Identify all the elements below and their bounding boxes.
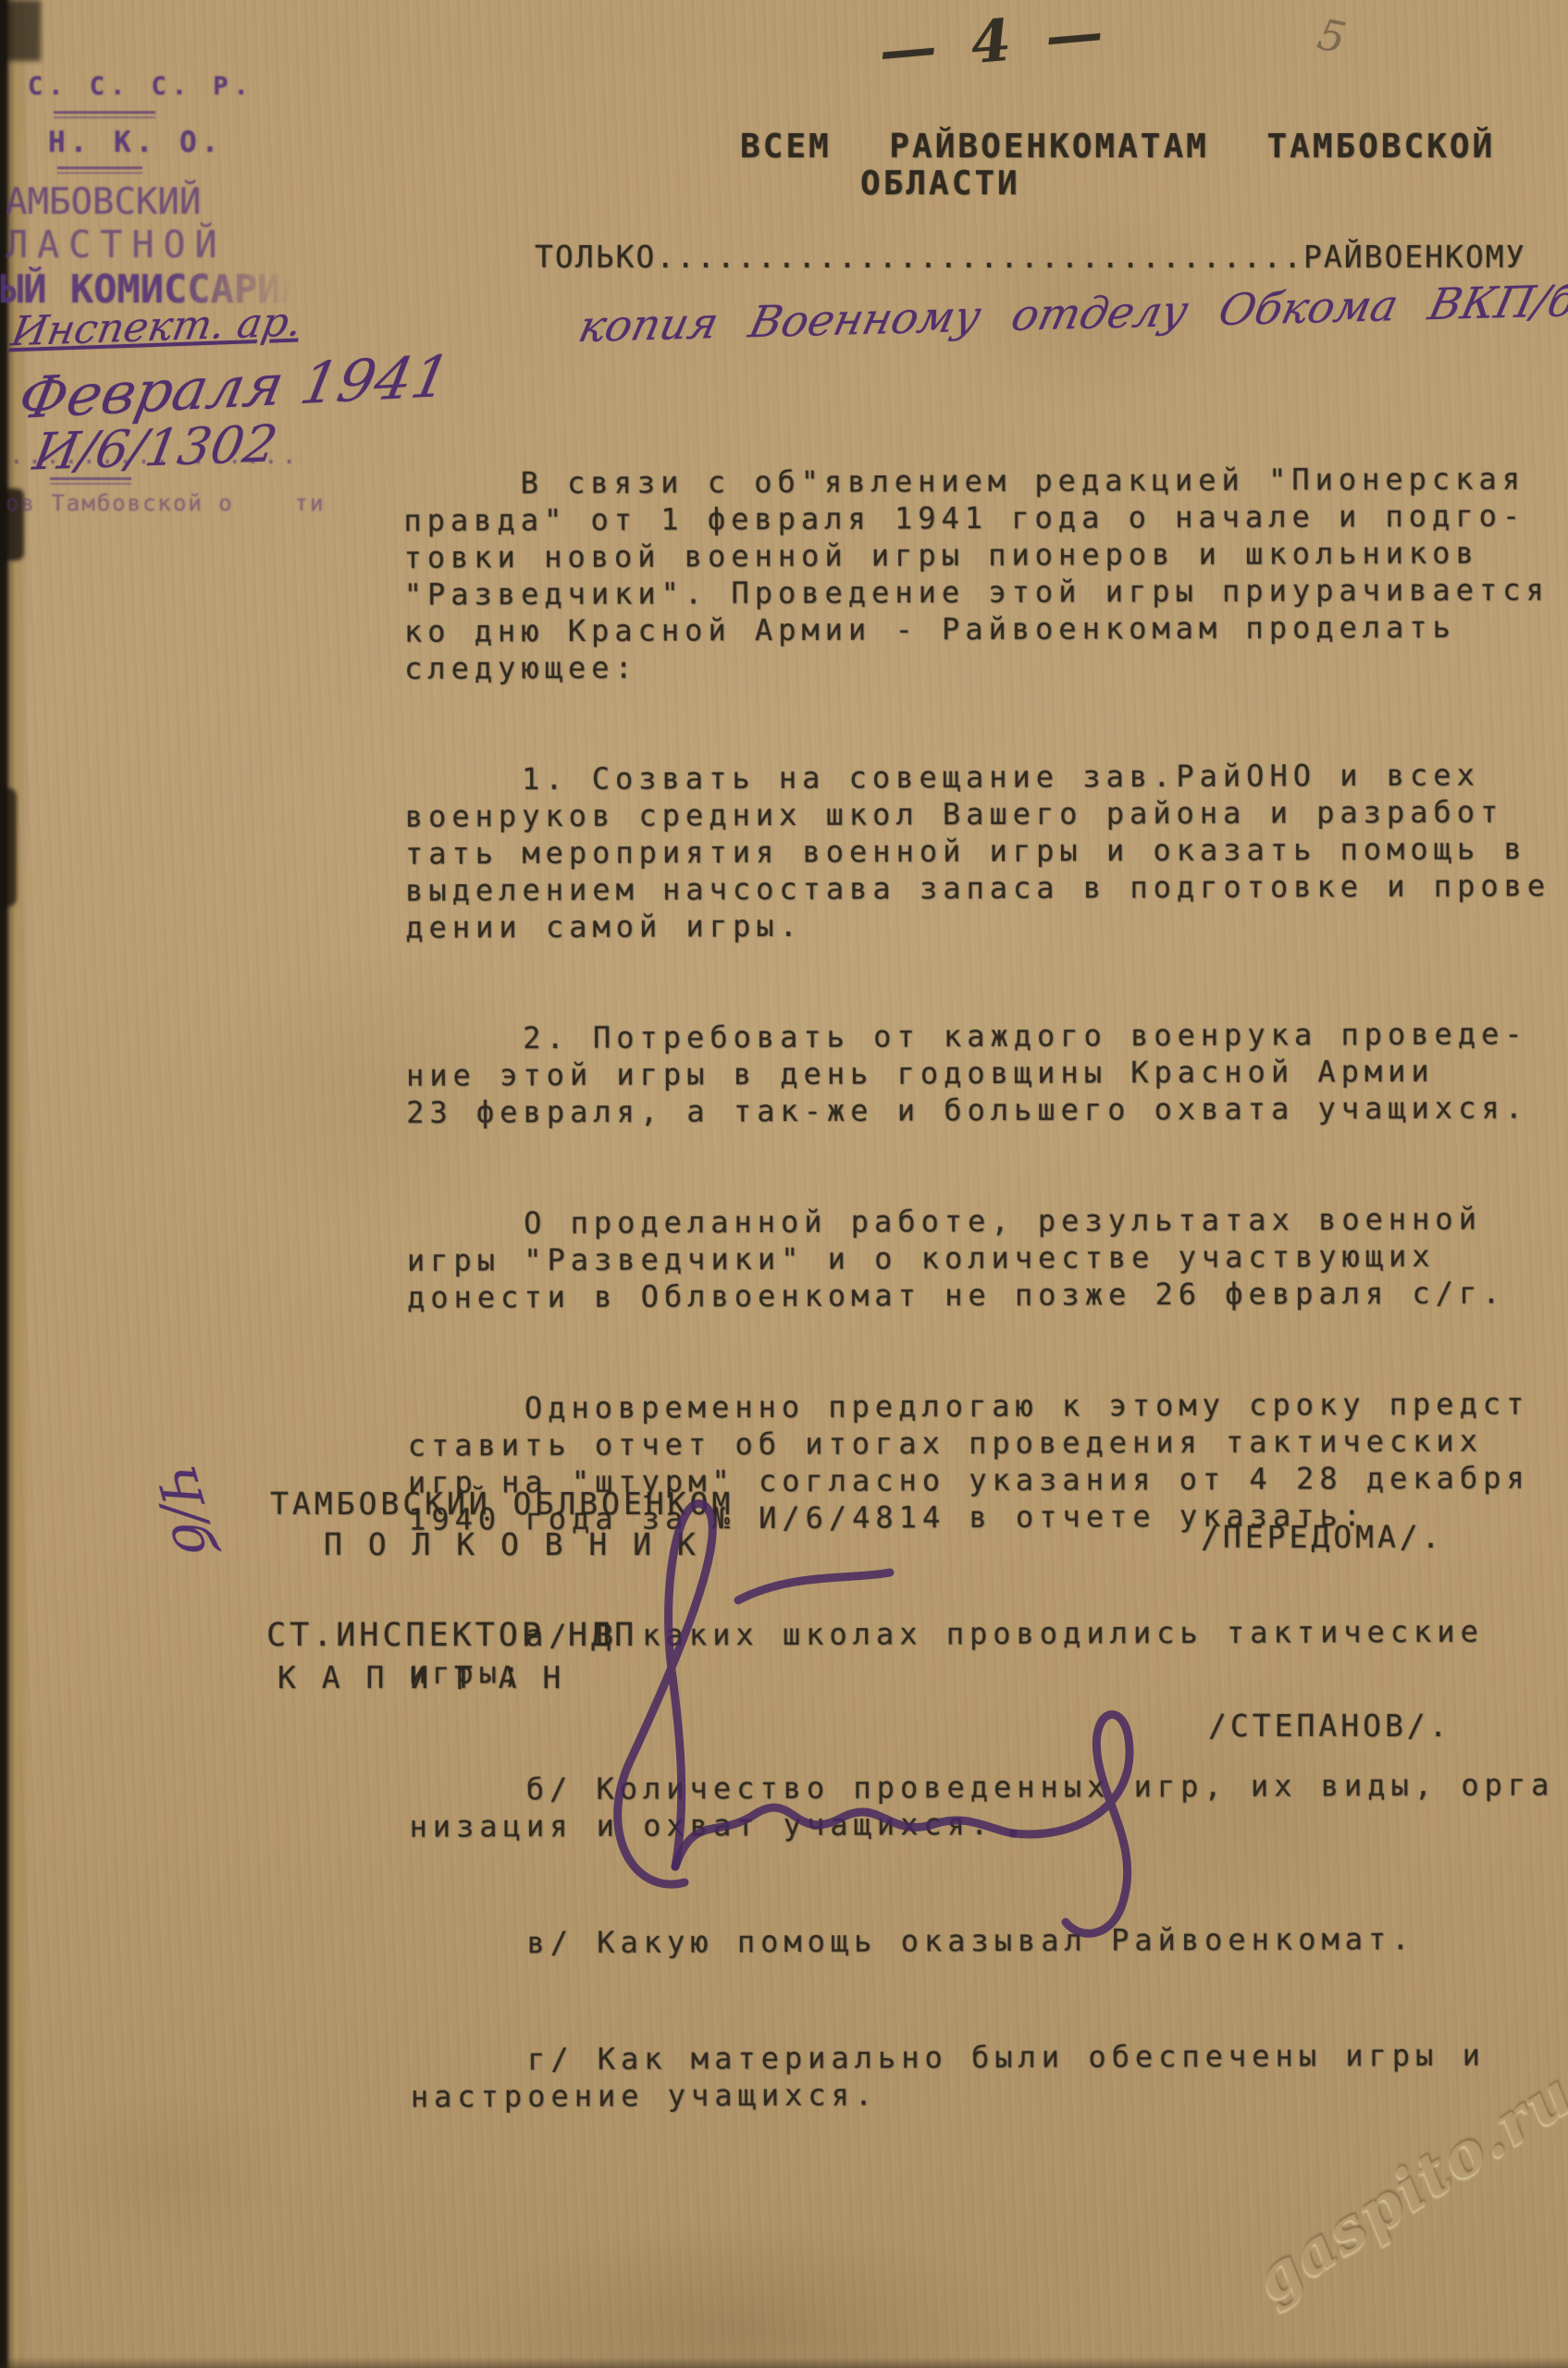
scanned-document-page: — 4 — 5 С. С. С. Р. Н. К. О. АМБОВСКИЙ Л… (0, 0, 1568, 2368)
stamp-sub-line: ов Тамбовской о ти (6, 490, 325, 516)
handwritten-inspector-note: Инспект. ар. (7, 299, 305, 356)
handwritten-approval-mark: Ч/б (141, 1461, 229, 1557)
scan-edge-blob (0, 788, 17, 906)
signoff-name-stepanov: /СТЕПАНОВ/. (1208, 1708, 1451, 1744)
routing-line: ТОЛЬКО................................РА… (535, 239, 1526, 275)
document-addressee-line2: ОБЛАСТИ (860, 165, 1020, 203)
paragraph-report: О проделанной работе, результатах военно… (407, 1200, 1568, 1316)
stamp-oblast-line1: АМБОВСКИЙ (6, 181, 201, 223)
stamp-oblast-line2: ЛАСТНОЙ (6, 224, 227, 266)
scan-corner-shadow (0, 0, 41, 61)
scan-bottom-edge (0, 2357, 1568, 2368)
handwritten-page-number: — 4 — (876, 0, 1113, 85)
signoff-name-peredoma: /ПЕРЕДОМА/. (1201, 1519, 1444, 1555)
paragraph-intro: В связи с об"явлением редакцией "Пионерс… (403, 460, 1568, 687)
stamp-dotted-line: ................ (9, 442, 300, 470)
handwritten-copy-note: копия Военному отделу Обкома ВКП/б/ (574, 276, 1568, 352)
document-addressee-line1: ВСЕМ РАЙВОЕНКОМАТАМ ТАМБОВСКОЙ (740, 128, 1495, 166)
pencil-corner-mark: 5 (1314, 9, 1351, 64)
paragraph-item-2: 2. Потребовать от каждого военрука прове… (406, 1015, 1568, 1131)
stamp-underline (54, 111, 155, 118)
stamp-dash-mark (50, 477, 131, 485)
paragraph-item-1: 1. Созвать на совещание зав.РайОНО и все… (405, 756, 1568, 946)
stamp-ussr-line: С. С. С. Р. (28, 72, 254, 101)
stamp-underline (57, 166, 142, 174)
handwritten-signature-stepanov (546, 1461, 1212, 1942)
stamp-nko-line: Н. К. О. (48, 126, 223, 159)
signoff-rank-kapitan: К А П И Т А Н (278, 1659, 564, 1696)
list-item-g: г/ Как материально были обеспечены игры … (411, 2036, 1568, 2115)
